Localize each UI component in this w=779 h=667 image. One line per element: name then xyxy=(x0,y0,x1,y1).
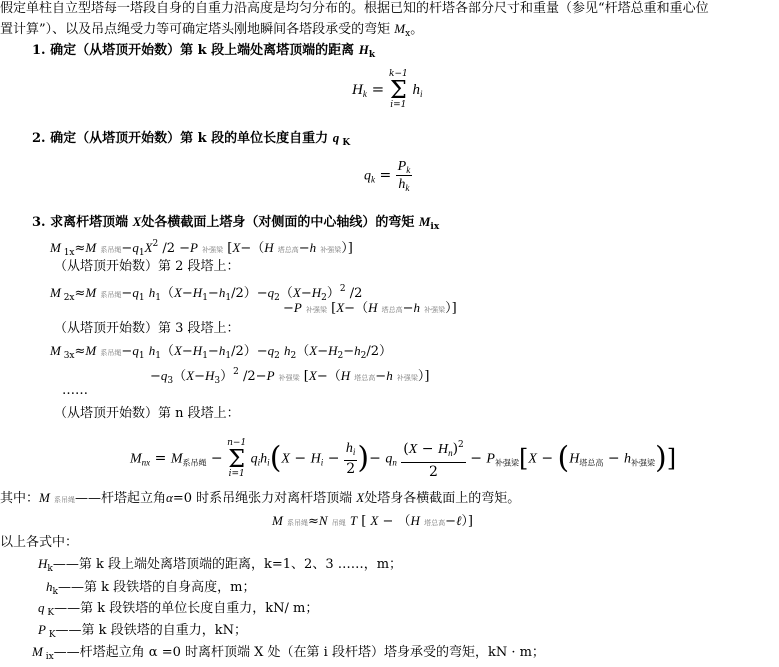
section-subscript: ix xyxy=(430,222,439,232)
subscript-beam: 补强梁 xyxy=(279,374,300,382)
sigma-icon: Σ xyxy=(389,79,408,101)
subscript-hang: 吊绳 xyxy=(332,519,346,527)
subscript-height: 塔总高 xyxy=(354,374,375,382)
num-symbol: P xyxy=(398,159,407,174)
subscript-rope: 系吊绳 xyxy=(100,246,121,254)
section-1-heading: 1. 确定（从塔顶开始数）第 k 段上端处离塔顶端的距离 Hk xyxy=(32,39,375,66)
intro-text-2: 置计算”）、以及吊点绳受力等可确定塔头刚地瞬间各塔段承受的弯矩 xyxy=(0,22,394,37)
moment-symbol: M xyxy=(394,21,405,36)
subscript-beam: 补强梁 xyxy=(495,459,519,468)
label-segment-n: （从塔顶开始数）第 n 段塔上： xyxy=(54,403,240,425)
formula-lhs: H xyxy=(352,82,363,98)
subscript-beam: 补强梁 xyxy=(306,306,327,314)
def-text: ——第 k 段铁塔的自重力，kN； xyxy=(56,623,247,638)
ellipsis: …… xyxy=(62,380,88,402)
def-subscript: K xyxy=(45,608,55,618)
def-text: ——第 k 段上端处离塔顶端的距离，k=1、2、3 ……，m； xyxy=(53,557,402,572)
equation-m3x-line2: −q3（X−H3）2 /2−P 补强梁 [X−（H 塔总高−h 补强梁）] xyxy=(150,361,429,392)
sum-term: h xyxy=(413,82,421,98)
subscript-rope: 系吊绳 xyxy=(100,349,121,357)
intro-text-1: 假定单柱自立型塔每一塔段自身的自重力沿高度是均匀分布的。根据已知的杆塔各部分尺寸… xyxy=(0,1,709,16)
def-subscript: ix xyxy=(43,652,54,662)
x-symbol: X xyxy=(133,214,142,229)
section-2-heading: 2. 确定（从塔顶开始数）第 k 段的单位长度自重力 q K xyxy=(32,127,350,154)
section-title: 确定（从塔顶开始数）第 k 段的单位长度自重力 xyxy=(50,131,333,146)
section-number: 3. xyxy=(32,215,46,230)
subscript-beam: 补强梁 xyxy=(424,306,445,314)
alpha-symbol: α xyxy=(166,490,173,505)
subscript-beam: 补强梁 xyxy=(202,246,223,254)
def-symbol: H xyxy=(38,556,47,571)
subscript-height: 塔总高 xyxy=(579,459,603,468)
subscript-height: 塔总高 xyxy=(278,246,299,254)
equals-sign: = xyxy=(372,80,385,98)
sum-lower: i=1 xyxy=(389,101,408,110)
section-symbol: M xyxy=(419,214,431,229)
subscript-rope: 系吊绳 xyxy=(54,496,75,504)
definition-item: M ix——杆塔起立角 α =0 时离杆顶端 X 处（在第 i 段杆塔）塔身承受… xyxy=(32,641,545,667)
section-title: 求离杆塔顶端 xyxy=(50,215,133,230)
def-text: ——第 k 段铁塔的自身高度，m； xyxy=(58,580,255,595)
summation: k−1 Σ i=1 xyxy=(389,70,408,110)
formula-qk: qk = Pk hk xyxy=(364,158,412,193)
summation: n−1 Σ i=1 xyxy=(227,439,246,479)
equation-m2x-line2: −P 补强梁 [X−（H 塔总高−h 补强梁）] xyxy=(283,297,457,321)
section-subscript: k xyxy=(369,50,375,60)
formula-lhs: q xyxy=(364,169,371,184)
fraction-denominator: hk xyxy=(396,176,413,193)
equals-sign: = xyxy=(379,168,391,184)
den-sub: k xyxy=(405,183,409,193)
section-subscript: K xyxy=(339,138,350,148)
def-text: ——杆塔起立角 α =0 时离杆顶端 X 处（在第 i 段杆塔）塔身承受的弯矩，… xyxy=(54,645,545,660)
section-number: 2. xyxy=(32,131,46,146)
sigma-icon: Σ xyxy=(227,448,246,470)
subscript-rope: 系吊绳 xyxy=(182,459,206,468)
where-prefix: 其中： xyxy=(0,491,39,506)
formula-lhs-sub: k xyxy=(363,89,367,99)
where-clause: 其中：M 系吊绳——杆塔起立角α=0 时系吊绳张力对离杆塔顶端 X处塔身各横截面… xyxy=(0,487,520,511)
def-text: ——第 k 段铁塔的单位长度自重力，kN/ m； xyxy=(54,601,318,616)
equation-mrope: M 系吊绳≈N 吊绳 T [ X − （H 塔总高−ℓ）] xyxy=(272,510,473,534)
subscript-rope: 系吊绳 xyxy=(100,291,121,299)
def-subscript: K xyxy=(46,630,56,640)
where-text: ——杆塔起立角 xyxy=(75,491,166,506)
subscript-height: 塔总高 xyxy=(382,306,403,314)
equation-mnx: Mnx = M系吊绳 − n−1 Σ i=1 qihi(X − Hi − hi2… xyxy=(130,436,676,486)
label-segment-3: （从塔顶开始数）第 3 段塔上： xyxy=(54,318,240,340)
subscript-beam: 补强梁 xyxy=(631,459,655,468)
subscript-beam: 补强梁 xyxy=(320,246,341,254)
subscript-rope: 系吊绳 xyxy=(287,519,308,527)
fraction: Pk hk xyxy=(396,158,413,193)
sum-term-sub: i xyxy=(420,89,423,99)
label-segment-2: （从塔顶开始数）第 2 段塔上： xyxy=(54,256,240,278)
section-title: 确定（从塔顶开始数）第 k 段上端处离塔顶端的距离 xyxy=(50,43,359,58)
num-sub: k xyxy=(406,165,410,175)
intro-line-1: 假定单柱自立型塔每一塔段自身的自重力沿高度是均匀分布的。根据已知的杆塔各部分尺寸… xyxy=(0,0,709,20)
section-number: 1. xyxy=(32,43,46,58)
where-text-2: =0 时系吊绳张力对离杆塔顶端 xyxy=(173,491,356,506)
where-text-3: 处塔身各横截面上的弯矩。 xyxy=(364,491,520,506)
section-symbol: H xyxy=(359,42,369,57)
formula-lhs-sub: k xyxy=(371,175,375,185)
definitions-title: 以上各式中： xyxy=(0,532,78,554)
intro-end: 。 xyxy=(410,22,423,37)
subscript-beam: 补强梁 xyxy=(397,374,418,382)
def-symbol: P xyxy=(38,622,46,637)
formula-hk: Hk = k−1 Σ i=1 hi xyxy=(352,70,423,110)
subscript-height: 塔总高 xyxy=(424,519,445,527)
def-symbol: M xyxy=(32,644,43,659)
fraction-numerator: Pk xyxy=(396,158,413,176)
section-title-2: 处各横截面上塔身（对侧面的中心轴线）的弯矩 xyxy=(141,215,419,230)
